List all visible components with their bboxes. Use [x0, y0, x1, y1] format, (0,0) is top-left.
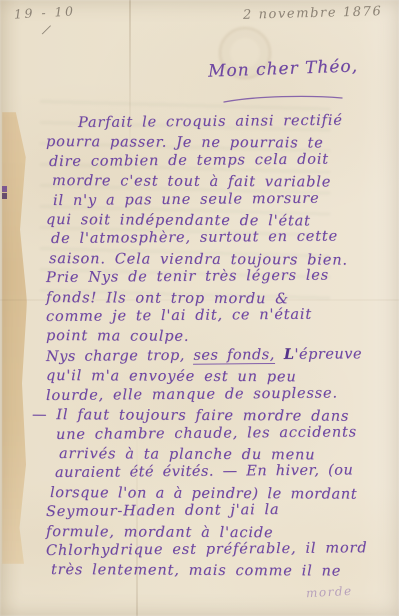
date-annotation: 2 novembre 1876 [242, 4, 382, 23]
letter-line: Nys charge trop, ses fonds, L'épreuve [46, 344, 395, 367]
catchword: morde [306, 584, 353, 600]
line-text: 'épreuve [294, 346, 362, 363]
letter-line: très lentement, mais comme il ne [51, 561, 395, 582]
salutation-flourish [222, 92, 346, 106]
letter-line: auraient été évités. — En hiver, (ou [55, 461, 395, 483]
letter-scan: 19 - 10 / 2 novembre 1876 Mon cher Théo,… [0, 0, 399, 616]
letter-line: Chlorhydrique est préférable, il mord [46, 539, 395, 561]
pencil-tick: / [42, 23, 51, 39]
letter-line: une chambre chaude, les accidents [56, 423, 395, 445]
salutation: Mon cher Théo, [208, 56, 359, 81]
letter-line: comme je te l'ai dit, ce n'était [46, 305, 395, 327]
letter-line: Seymour-Haden dont j'ai la [46, 500, 395, 522]
letter-body: Parfait le croquis ainsi rectifié pourra… [0, 114, 395, 581]
inventory-number: 19 - 10 [14, 3, 76, 21]
letter-line: Parfait le croquis ainsi rectifié [78, 111, 395, 133]
letter-line: dire combien de temps cela doit [49, 150, 395, 172]
letter-line: il n'y a pas une seule morsure [53, 189, 395, 211]
letter-line: lourde, elle manque de souplesse. [46, 384, 395, 406]
letter-line: de l'atmosphère, surtout en cette [51, 227, 395, 249]
letter-line: Prie Nys de tenir très légers les [46, 266, 395, 288]
line-text: Nys charge trop, [46, 348, 194, 365]
underlined-text: ses fonds, [193, 347, 274, 365]
emphasized-initial: L [275, 346, 295, 363]
